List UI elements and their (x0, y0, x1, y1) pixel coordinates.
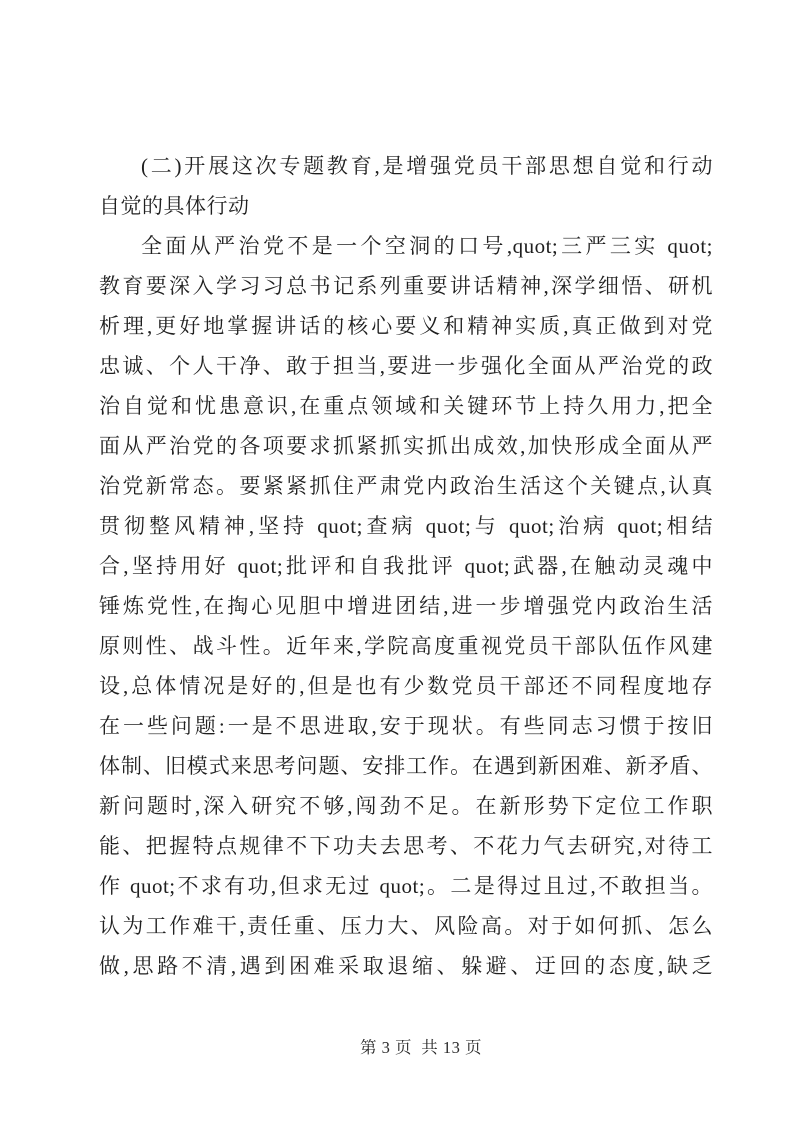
body-line: 作 quot;不求有功,但求无过 quot;。二是得过且过,不敢担当。 (99, 866, 713, 906)
body-line: 能、把握特点规律不下功夫去思考、不花力气去研究,对待工 (99, 826, 713, 866)
body-line: 全面从严治党不是一个空洞的口号,quot;三严三实 quot; (99, 226, 713, 266)
body-line: 锤炼党性,在掏心见胆中增进团结,进一步增强党内政治生活 (99, 586, 713, 626)
body-line: 忠诚、个人干净、敢于担当,要进一步强化全面从严治党的政 (99, 346, 713, 386)
body-line: 新问题时,深入研究不够,闯劲不足。在新形势下定位工作职 (99, 786, 713, 826)
document-content: (二)开展这次专题教育,是增强党员干部思想自觉和行动 自觉的具体行动 全面从严治… (99, 146, 713, 986)
page-footer: 第 3 页 共 13 页 (0, 1036, 800, 1060)
heading-line-1: (二)开展这次专题教育,是增强党员干部思想自觉和行动 (99, 146, 713, 186)
body-line: 做,思路不清,遇到困难采取退缩、躲避、迂回的态度,缺乏 (99, 946, 713, 986)
body-line: 体制、旧模式来思考问题、安排工作。在遇到新困难、新矛盾、 (99, 746, 713, 786)
body-line: 在一些问题:一是不思进取,安于现状。有些同志习惯于按旧 (99, 706, 713, 746)
body-line: 认为工作难干,责任重、压力大、风险高。对于如何抓、怎么 (99, 906, 713, 946)
body-line: 贯彻整风精神,坚持 quot;查病 quot;与 quot;治病 quot;相结 (99, 506, 713, 546)
body-line: 析理,更好地掌握讲话的核心要义和精神实质,真正做到对党 (99, 306, 713, 346)
body-line: 面从严治党的各项要求抓紧抓实抓出成效,加快形成全面从严 (99, 426, 713, 466)
body-line: 原则性、战斗性。近年来,学院高度重视党员干部队伍作风建 (99, 626, 713, 666)
body-line: 设,总体情况是好的,但是也有少数党员干部还不同程度地存 (99, 666, 713, 706)
body-line: 教育要深入学习习总书记系列重要讲话精神,深学细悟、研机 (99, 266, 713, 306)
body-line: 合,坚持用好 quot;批评和自我批评 quot;武器,在触动灵魂中 (99, 546, 713, 586)
page-number-indicator: 第 3 页 共 13 页 (360, 1038, 482, 1057)
body-line: 治党新常态。要紧紧抓住严肃党内政治生活这个关键点,认真 (99, 466, 713, 506)
document-page: (二)开展这次专题教育,是增强党员干部思想自觉和行动 自觉的具体行动 全面从严治… (0, 0, 800, 1132)
body-line: 治自觉和忧患意识,在重点领域和关键环节上持久用力,把全 (99, 386, 713, 426)
heading-line-2: 自觉的具体行动 (99, 186, 713, 226)
